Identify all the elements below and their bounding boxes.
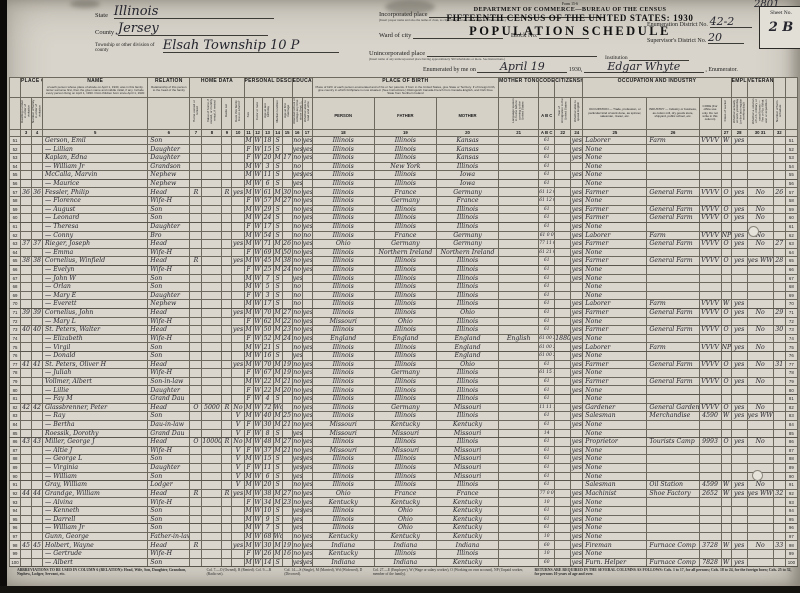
- cell-birthplace-father: Germany: [374, 403, 436, 412]
- cell-birthplace-person: Illinois: [312, 524, 374, 533]
- cell-name: — Everett: [43, 300, 148, 309]
- cell-birthplace-father: France: [374, 489, 436, 498]
- cell-birthplace-mother: Missouri: [436, 463, 498, 472]
- cell-name: — Donald: [43, 352, 148, 361]
- cell-office-codes: 61: [539, 386, 555, 395]
- column-group-header: EDUCATION: [292, 78, 312, 98]
- cell-occupation-code: [699, 395, 721, 404]
- cell-sex: M: [244, 403, 253, 412]
- cell-veteran: [747, 136, 773, 145]
- cell-occupation-code: [699, 283, 721, 292]
- cell-at-work: yes: [731, 558, 747, 567]
- cell-farm-residence: yes: [232, 541, 244, 550]
- cell-read-write: yes: [302, 386, 312, 395]
- cell-at-work: yes: [731, 481, 747, 490]
- cell-veteran: [747, 300, 773, 309]
- column-number: 30 31: [747, 129, 773, 136]
- cell-speaks-english: yes: [571, 403, 583, 412]
- cell-race: W: [253, 369, 262, 378]
- cell-race: W: [253, 334, 262, 343]
- cell-farm-schedule: [773, 214, 785, 223]
- cell-age: 54: [262, 231, 273, 240]
- cell-attended-school: yes: [292, 507, 302, 516]
- cell-sex: M: [244, 179, 253, 188]
- cell-home-value: [202, 532, 222, 541]
- cell-age: 4: [262, 395, 273, 404]
- column-number: 17: [302, 129, 312, 136]
- cell-birthplace-person: Illinois: [312, 205, 374, 214]
- cell-home-value: [202, 300, 222, 309]
- cell-relation: Grand Dau: [148, 429, 190, 438]
- cell-immigration-year: [555, 429, 571, 438]
- cell-home-value: [202, 386, 222, 395]
- cell-family-number: [32, 455, 43, 464]
- cell-age-first-married: 19: [282, 541, 292, 550]
- census-row: 91Gray, WilliamLodgerVMW20SnoyesIllinois…: [10, 481, 798, 490]
- sheet-number-box: Sheet No. 2 B: [759, 6, 800, 49]
- cell-birthplace-mother: France: [436, 197, 498, 206]
- cell-occupation: None: [583, 369, 647, 378]
- cell-age: 7: [262, 524, 273, 533]
- cell-industry: [647, 352, 699, 361]
- cell-read-write: yes: [302, 446, 312, 455]
- cell-farm-schedule: [773, 429, 785, 438]
- column-number: 8: [202, 129, 222, 136]
- cell-worker-class: O: [721, 326, 731, 335]
- cell-home-owned-rented: [190, 317, 202, 326]
- cell-attended-school: no: [292, 489, 302, 498]
- cell-relation: Bro: [148, 231, 190, 240]
- cell-radio-set: [222, 507, 232, 516]
- cell-industry: [647, 162, 699, 171]
- state-field: State Illinois: [95, 6, 274, 19]
- cell-occupation: None: [583, 550, 647, 559]
- cell-birthplace-person: Ohio: [312, 489, 374, 498]
- cell-race: W: [253, 274, 262, 283]
- cell-dwelling-number: [21, 300, 32, 309]
- cell-speaks-english: yes: [571, 326, 583, 335]
- cell-dwelling-number: [21, 317, 32, 326]
- cell-age-first-married: 23: [282, 498, 292, 507]
- cell-worker-class: [721, 532, 731, 541]
- cell-birthplace-father: Germany: [374, 240, 436, 249]
- cell-name: St. Peters, Oliver H: [43, 360, 148, 369]
- cell-sex: M: [244, 558, 253, 567]
- cell-home-owned-rented: [190, 179, 202, 188]
- cell-read-write: yes: [302, 489, 312, 498]
- cell-line-number: 57: [10, 188, 21, 197]
- cell-race: W: [253, 498, 262, 507]
- cell-relation: Father-in-law: [148, 532, 190, 541]
- cell-veteran: No: [747, 343, 773, 352]
- cell-veteran: [747, 197, 773, 206]
- cell-worker-class: [721, 197, 731, 206]
- cell-age-first-married: [282, 352, 292, 361]
- cell-birthplace-mother: Illinois: [436, 205, 498, 214]
- cell-mother-tongue: [499, 386, 539, 395]
- cell-age: 16: [262, 352, 273, 361]
- cell-occupation-code: [699, 472, 721, 481]
- cell-relation: Nephew: [148, 171, 190, 180]
- census-row: 64— EmmaWife-HFW69M50noyesIllinoisNorthe…: [10, 248, 798, 257]
- cell-immigration-year: [555, 489, 571, 498]
- cell-marital-status: M: [273, 360, 282, 369]
- cell-birthplace-father: France: [374, 188, 436, 197]
- cell-birthplace-person: Illinois: [312, 291, 374, 300]
- cell-occupation-code: 3728: [699, 541, 721, 550]
- cell-sex: M: [244, 455, 253, 464]
- cell-family-number: 37: [32, 240, 43, 249]
- cell-dwelling-number: [21, 222, 32, 231]
- cell-birthplace-father: Illinois: [374, 360, 436, 369]
- cell-home-value: [202, 222, 222, 231]
- cell-immigration-year: [555, 231, 571, 240]
- cell-family-number: [32, 429, 43, 438]
- cell-birthplace-mother: Illinois: [436, 300, 498, 309]
- cell-age-first-married: 26: [282, 240, 292, 249]
- census-row: 85Roessik, DorothyGrand DauVFW8SyesMisso…: [10, 429, 798, 438]
- cell-radio-set: [222, 498, 232, 507]
- cell-age-first-married: [282, 395, 292, 404]
- cell-radio-set: [222, 222, 232, 231]
- cell-farm-residence: yes: [232, 188, 244, 197]
- cell-occupation: Farmer: [583, 326, 647, 335]
- cell-farm-schedule: [773, 231, 785, 240]
- cell-industry: [647, 265, 699, 274]
- cell-family-number: [32, 265, 43, 274]
- cell-line-number: 97: [10, 532, 21, 541]
- cell-birthplace-person: Missouri: [312, 446, 374, 455]
- cell-attended-school: no: [292, 395, 302, 404]
- cell-dwelling-number: 44: [21, 489, 32, 498]
- cell-farm-schedule: [773, 498, 785, 507]
- cell-relation: Grand Dau: [148, 395, 190, 404]
- cell-attended-school: yes: [292, 179, 302, 188]
- cell-dwelling-number: [21, 507, 32, 516]
- footer-note: ABBREVIATIONS TO BE USED IN COLUMN 6 (RE…: [17, 568, 197, 577]
- cell-birthplace-person: Illinois: [312, 326, 374, 335]
- cell-home-value: [202, 352, 222, 361]
- cell-marital-status: S: [273, 352, 282, 361]
- cell-mother-tongue: [499, 507, 539, 516]
- cell-at-work: [731, 179, 747, 188]
- census-row: 84— BerthaDau-in-lawVFW30M21noyesMissour…: [10, 420, 798, 429]
- cell-at-work: yes: [731, 438, 747, 447]
- cell-mother-tongue: [499, 136, 539, 145]
- column-number: 15: [282, 129, 292, 136]
- cell-home-owned-rented: [190, 265, 202, 274]
- cell-worker-class: [721, 291, 731, 300]
- cell-mother-tongue: [499, 429, 539, 438]
- cell-occupation: None: [583, 222, 647, 231]
- cell-birthplace-father: Kentucky: [374, 532, 436, 541]
- cell-line-number-right: 63: [785, 240, 797, 249]
- cell-name: — Florence: [43, 197, 148, 206]
- cell-line-number-right: 88: [785, 455, 797, 464]
- cell-immigration-year: [555, 222, 571, 231]
- supervisors-district-field: Supervisor's District No. 20: [647, 33, 744, 44]
- cell-attended-school: no: [292, 360, 302, 369]
- column-number: 26: [647, 129, 699, 136]
- cell-birthplace-mother: Kansas: [436, 154, 498, 163]
- cell-farm-residence: [232, 179, 244, 188]
- unincorporated-hint: (Insert name of any unincorporated place…: [369, 57, 619, 61]
- census-row: 824242Glassbrenner, PeterHeadO5000RNoMW7…: [10, 403, 798, 412]
- cell-birthplace-father: England: [374, 334, 436, 343]
- cell-office-codes: 77 0 0: [539, 489, 555, 498]
- cell-home-owned-rented: O: [190, 438, 202, 447]
- cell-birthplace-person: Illinois: [312, 507, 374, 516]
- cell-relation: Son: [148, 455, 190, 464]
- county-value: Jersey: [118, 21, 159, 36]
- cell-worker-class: O: [721, 403, 731, 412]
- census-row: 55McCalla, MarvinNephewMW11SyesyesIllino…: [10, 171, 798, 180]
- cell-mother-tongue: [499, 532, 539, 541]
- cell-industry: [647, 395, 699, 404]
- column-sub-header: [785, 97, 797, 129]
- cell-relation: Daughter: [148, 291, 190, 300]
- cell-family-number: [32, 524, 43, 533]
- cell-relation: Wife-H: [148, 446, 190, 455]
- cell-age-first-married: 27: [282, 438, 292, 447]
- cell-worker-class: [721, 222, 731, 231]
- cell-dwelling-number: [21, 498, 32, 507]
- cell-name: Cornelius, John: [43, 309, 148, 318]
- cell-at-work: [731, 334, 747, 343]
- cell-age: 8: [262, 429, 273, 438]
- cell-industry: General Farm: [647, 360, 699, 369]
- cell-veteran: [747, 248, 773, 257]
- cell-sex: F: [244, 265, 253, 274]
- cell-family-number: [32, 231, 43, 240]
- cell-name: — Emma: [43, 248, 148, 257]
- cell-age: 52: [262, 334, 273, 343]
- cell-marital-status: M: [273, 188, 282, 197]
- cell-radio-set: R: [222, 188, 232, 197]
- cell-sex: F: [244, 317, 253, 326]
- cell-line-number: 86: [10, 438, 21, 447]
- cell-office-codes: 61: [539, 257, 555, 266]
- cell-line-number-right: 76: [785, 352, 797, 361]
- cell-birthplace-father: Illinois: [374, 455, 436, 464]
- cell-home-owned-rented: R: [190, 257, 202, 266]
- cell-relation: Son: [148, 205, 190, 214]
- enumerated-date: April 19: [500, 60, 545, 73]
- cell-sex: M: [244, 326, 253, 335]
- cell-marital-status: S: [273, 515, 282, 524]
- cell-sex: M: [244, 257, 253, 266]
- cell-industry: Farm: [647, 300, 699, 309]
- cell-dwelling-number: [21, 369, 32, 378]
- cell-birthplace-mother: Illinois: [436, 265, 498, 274]
- cell-home-value: [202, 326, 222, 335]
- census-row: 51Gerson, EmilSonMW18SnoyesIllinoisIllin…: [10, 136, 798, 145]
- cell-age: 67: [262, 369, 273, 378]
- cell-farm-schedule: [773, 472, 785, 481]
- cell-line-number-right: 61: [785, 222, 797, 231]
- cell-worker-class: [721, 429, 731, 438]
- cell-industry: [647, 171, 699, 180]
- cell-home-value: [202, 558, 222, 567]
- column-sub-header: Color or race: [253, 97, 262, 129]
- cell-birthplace-mother: Kansas: [436, 145, 498, 154]
- cell-line-number-right: 62: [785, 231, 797, 240]
- census-row: 80— LillieDaughterFW22M20noyesIllinoisIl…: [10, 386, 798, 395]
- cell-marital-status: M: [273, 248, 282, 257]
- cell-farm-schedule: [773, 377, 785, 386]
- cell-at-work: [731, 222, 747, 231]
- cell-farm-residence: V: [232, 412, 244, 421]
- cell-read-write: yes: [302, 257, 312, 266]
- cell-mother-tongue: [499, 222, 539, 231]
- column-number: 16: [292, 129, 302, 136]
- cell-dwelling-number: [21, 532, 32, 541]
- cell-veteran: No: [747, 481, 773, 490]
- cell-radio-set: [222, 248, 232, 257]
- cell-farm-schedule: [773, 515, 785, 524]
- cell-race: W: [253, 179, 262, 188]
- cell-birthplace-father: Ohio: [374, 317, 436, 326]
- cell-farm-schedule: [773, 145, 785, 154]
- cell-speaks-english: yes: [571, 446, 583, 455]
- cell-farm-schedule: [773, 369, 785, 378]
- cell-relation: Son: [148, 515, 190, 524]
- cell-line-number: 68: [10, 283, 21, 292]
- cell-industry: General Farm: [647, 214, 699, 223]
- column-number: 32: [773, 129, 785, 136]
- cell-birthplace-father: Illinois: [374, 136, 436, 145]
- cell-occupation-code: VVVV: [699, 343, 721, 352]
- cell-farm-schedule: [773, 395, 785, 404]
- cell-immigration-year: [555, 515, 571, 524]
- cell-immigration-year: [555, 171, 571, 180]
- cell-dwelling-number: 36: [21, 188, 32, 197]
- cell-speaks-english: yes: [571, 412, 583, 421]
- census-row: 97Gunn, GeorgeFather-in-lawMW68WdnoyesKe…: [10, 532, 798, 541]
- cell-line-number-right: 56: [785, 179, 797, 188]
- cell-attended-school: no: [292, 412, 302, 421]
- cell-marital-status: Wd: [273, 532, 282, 541]
- cell-worker-class: [721, 369, 731, 378]
- census-sheet: State Illinois County Jersey Township or…: [0, 0, 800, 593]
- cell-birthplace-father: Germany: [374, 369, 436, 378]
- cell-speaks-english: yes: [571, 532, 583, 541]
- cell-office-codes: 61: [539, 154, 555, 163]
- cell-at-work: yes: [731, 412, 747, 421]
- cell-relation: Lodger: [148, 481, 190, 490]
- cell-worker-class: [721, 386, 731, 395]
- cell-home-value: [202, 309, 222, 318]
- cell-race: W: [253, 360, 262, 369]
- cell-birthplace-person: Missouri: [312, 420, 374, 429]
- census-row: 54— William JrGrandsonMW3SnoIllinoisNew …: [10, 162, 798, 171]
- cell-occupation: None: [583, 386, 647, 395]
- cell-age: 21: [262, 343, 273, 352]
- cell-relation: Head: [148, 257, 190, 266]
- cell-line-number: 53: [10, 154, 21, 163]
- cell-dwelling-number: 37: [21, 240, 32, 249]
- cell-at-work: [731, 395, 747, 404]
- cell-office-codes: 61 00 2: [539, 343, 555, 352]
- cell-radio-set: [222, 532, 232, 541]
- cell-sex: F: [244, 334, 253, 343]
- cell-occupation: Farmer: [583, 188, 647, 197]
- cell-read-write: [302, 472, 312, 481]
- cell-speaks-english: yes: [571, 489, 583, 498]
- cell-name: — George L: [43, 455, 148, 464]
- column-number: 7: [190, 129, 202, 136]
- cell-farm-schedule: [773, 455, 785, 464]
- cell-birthplace-person: Illinois: [312, 395, 374, 404]
- cell-birthplace-father: Illinois: [374, 265, 436, 274]
- cell-farm-residence: [232, 145, 244, 154]
- cell-immigration-year: [555, 343, 571, 352]
- cell-birthplace-father: Illinois: [374, 283, 436, 292]
- cell-office-codes: 61 00 2: [539, 352, 555, 361]
- cell-worker-class: [721, 472, 731, 481]
- cell-dwelling-number: [21, 446, 32, 455]
- cell-family-number: [32, 214, 43, 223]
- cell-worker-class: [721, 446, 731, 455]
- cell-line-number-right: 82: [785, 403, 797, 412]
- cell-birthplace-mother: Illinois: [436, 438, 498, 447]
- cell-speaks-english: yes: [571, 309, 583, 318]
- cell-line-number-right: 72: [785, 317, 797, 326]
- column-number: 9: [222, 129, 232, 136]
- cell-dwelling-number: [21, 179, 32, 188]
- cell-at-work: [731, 472, 747, 481]
- cell-immigration-year: [555, 472, 571, 481]
- cell-name: Roessik, Dorothy: [43, 429, 148, 438]
- cell-home-owned-rented: [190, 274, 202, 283]
- cell-at-work: [731, 420, 747, 429]
- cell-at-work: [731, 463, 747, 472]
- cell-birthplace-mother: Kentucky: [436, 532, 498, 541]
- cell-birthplace-father: Illinois: [374, 481, 436, 490]
- cell-relation: Son: [148, 214, 190, 223]
- cell-birthplace-mother: Missouri: [436, 472, 498, 481]
- cell-radio-set: [222, 136, 232, 145]
- cell-home-value: [202, 265, 222, 274]
- cell-immigration-year: [555, 136, 571, 145]
- cell-dwelling-number: [21, 136, 32, 145]
- cell-line-number: 72: [10, 317, 21, 326]
- cell-line-number: 61: [10, 222, 21, 231]
- cell-attended-school: yes: [292, 171, 302, 180]
- cell-immigration-year: [555, 352, 571, 361]
- cell-name: Fessler, Philip: [43, 188, 148, 197]
- cell-sex: M: [244, 343, 253, 352]
- cell-read-write: yes: [302, 395, 312, 404]
- cell-relation: Son: [148, 274, 190, 283]
- cell-age-first-married: [282, 291, 292, 300]
- cell-sex: M: [244, 162, 253, 171]
- cell-line-number-right: 71: [785, 309, 797, 318]
- cell-race: W: [253, 472, 262, 481]
- cell-race: W: [253, 377, 262, 386]
- cell-birthplace-mother: Kentucky: [436, 515, 498, 524]
- cell-dwelling-number: [21, 550, 32, 559]
- township-value: Elsah Township 10 P: [163, 38, 300, 53]
- cell-home-value: [202, 317, 222, 326]
- cell-office-codes: 61: [539, 162, 555, 171]
- cell-name: — Elizabeth: [43, 334, 148, 343]
- cell-radio-set: R: [222, 438, 232, 447]
- cell-home-owned-rented: [190, 420, 202, 429]
- cell-marital-status: S: [273, 463, 282, 472]
- cell-birthplace-person: Kentucky: [312, 532, 374, 541]
- cell-sex: F: [244, 550, 253, 559]
